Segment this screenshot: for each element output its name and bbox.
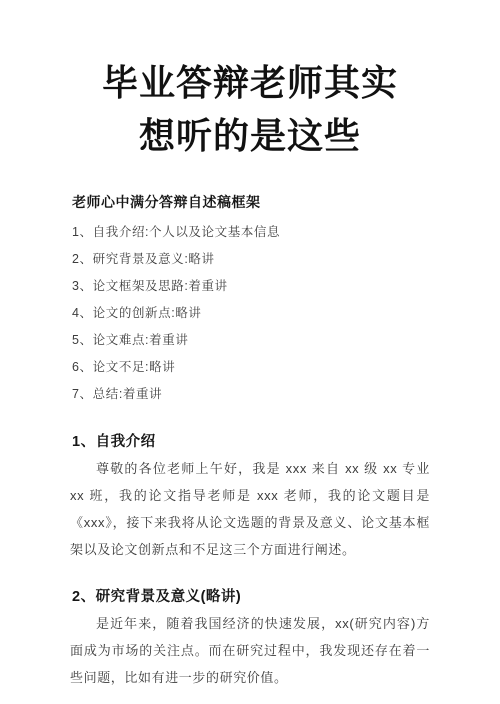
outline-item-2: 2、研究背景及意义:略讲 (72, 246, 430, 273)
outline-item-1: 1、自我介绍:个人以及论文基本信息 (72, 219, 430, 246)
section-2-heading: 2、研究背景及意义(略讲) (72, 586, 430, 608)
document-title-line-2: 想听的是这些 (70, 109, 430, 162)
section-2-body: 是近年来，随着我国经济的快速发展，xx(研究内容)方面成为市场的关注点。而在研究… (70, 610, 430, 691)
document-title: 毕业答辩老师其实 想听的是这些 (70, 0, 430, 162)
section-1-heading: 1、自我介绍 (72, 431, 430, 453)
outline-item-4: 4、论文的创新点:略讲 (72, 300, 430, 327)
outline-heading: 老师心中满分答辩自述稿框架 (72, 193, 430, 212)
outline-item-3: 3、论文框架及思路:着重讲 (72, 273, 430, 300)
document-title-line-1: 毕业答辩老师其实 (70, 56, 430, 109)
section-1-body: 尊敬的各位老师上午好，我是 xxx 来自 xx 级 xx 专业 xx 班，我的论… (70, 455, 430, 563)
outline-list: 1、自我介绍:个人以及论文基本信息 2、研究背景及意义:略讲 3、论文框架及思路… (72, 219, 430, 408)
section-research-background: 2、研究背景及意义(略讲) 是近年来，随着我国经济的快速发展，xx(研究内容)方… (70, 586, 430, 691)
outline-item-5: 5、论文难点:着重讲 (72, 327, 430, 354)
section-self-introduction: 1、自我介绍 尊敬的各位老师上午好，我是 xxx 来自 xx 级 xx 专业 x… (70, 431, 430, 563)
outline-item-6: 6、论文不足:略讲 (72, 354, 430, 381)
outline-item-7: 7、总结:着重讲 (72, 381, 430, 408)
document-page: 毕业答辩老师其实 想听的是这些 老师心中满分答辩自述稿框架 1、自我介绍:个人以… (0, 0, 500, 704)
